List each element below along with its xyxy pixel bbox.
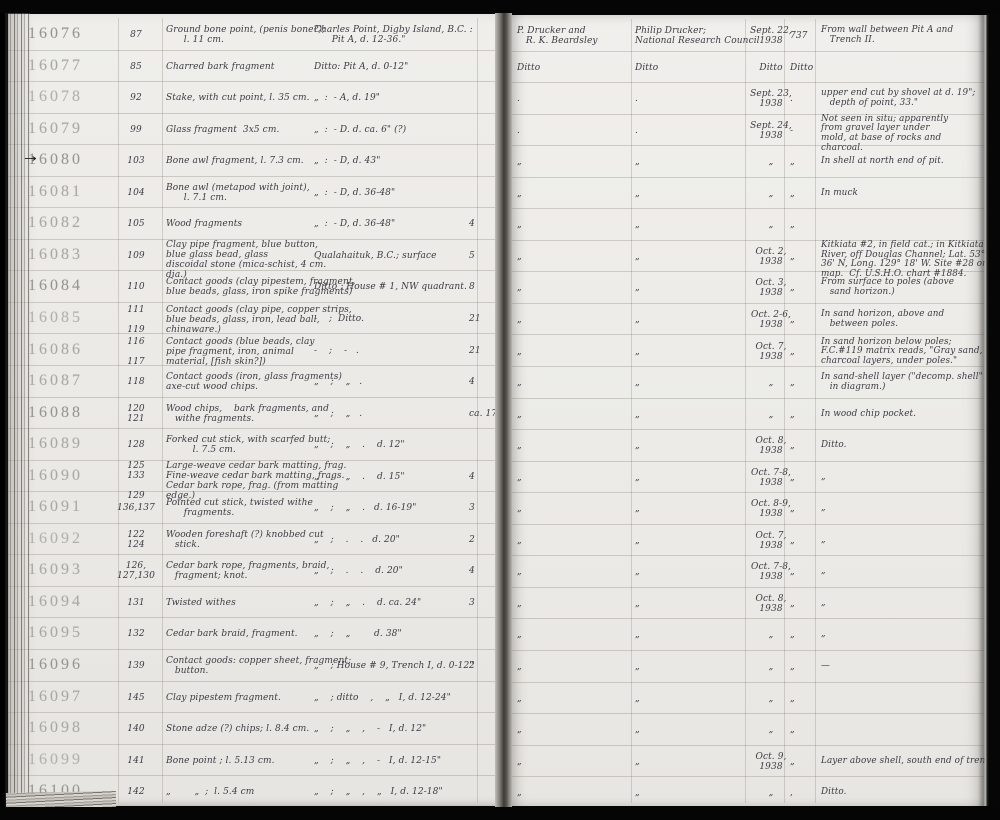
scan-border-top — [0, 0, 1000, 13]
column-rule — [745, 19, 746, 803]
ledger-row-left: 16094 131 Twisted withes „ ; „ . d. ca. … — [8, 586, 497, 619]
date-cell: Oct. 8-9, 1938 — [749, 499, 793, 519]
date-cell: Oct. 7-8, 1938 — [749, 562, 793, 582]
locality-cell: Charles Point, Digby Island, B.C. : Pit … — [314, 25, 486, 45]
date-cell: „ — [749, 189, 793, 199]
ledger-row-left: 16089 128 Forked cut stick, with scarfed… — [8, 428, 497, 461]
date-cell: Oct. 7-8, 1938 — [749, 468, 793, 488]
locality-cell: „ ; . . d. 20" — [314, 535, 486, 545]
catalog-number-stamp: 16092 — [28, 530, 116, 548]
donor-cell: „ — [635, 599, 745, 609]
date-cell: Sept. 24, 1938 — [749, 121, 793, 141]
ledger-row-left: 16079 99 Glass fragment 3x5 cm. „ : - D.… — [8, 113, 497, 146]
quantity-cell: 3 — [469, 503, 497, 513]
remarks-cell: „ — [821, 536, 988, 546]
locality-cell: „ : - D, d. 43" — [314, 156, 486, 166]
ledger-row-right: „ „ Oct. 7-8, 1938 „ „ — [511, 555, 988, 588]
ledger-row-right: „ „ Oct. 8-9, 1938 „ „ — [511, 492, 988, 525]
date-cell: Oct. 8, 1938 — [749, 436, 793, 456]
date-cell: „ — [749, 630, 793, 640]
description-cell: Bone point ; l. 5.13 cm. — [166, 756, 332, 766]
ledger-row-left: 16078 92 Stake, with cut point, l. 35 cm… — [8, 81, 497, 114]
description-cell: Contact goods (iron, glass fragments) ax… — [166, 372, 332, 392]
ledger-row-right: „ „ Oct. 7-8, 1938 „ „ — [511, 461, 988, 494]
donor-cell: „ — [635, 694, 745, 704]
catalog-number-stamp: 16097 — [28, 688, 116, 706]
book-binding — [0, 13, 30, 808]
accession-cell: „ — [790, 599, 816, 609]
description-cell: Twisted withes — [166, 598, 332, 608]
locality-cell: „ : - D, d. 36-48" — [314, 219, 486, 229]
collector-cell: „ — [517, 441, 629, 451]
description-cell: Forked cut stick, with scarfed butt; l. … — [166, 435, 332, 455]
locality-cell: „ : - D, d. 36-48" — [314, 188, 486, 198]
donor-cell: „ — [635, 189, 745, 199]
donor-cell: „ — [635, 757, 745, 767]
accession-cell: „ — [790, 567, 816, 577]
date-cell: Sept. 23, 1938 — [749, 89, 793, 109]
donor-cell: „ — [635, 347, 745, 357]
collector-cell: „ — [517, 189, 629, 199]
accession-cell: 737 — [790, 31, 816, 41]
locality-cell: Ditto: Pit A, d. 0-12" — [314, 62, 486, 72]
catalog-number-stamp: 16084 — [28, 277, 116, 295]
ledger-row-right: „ „ „ „ — [511, 713, 988, 746]
collector-cell: „ — [517, 662, 629, 672]
accession-cell: „ — [790, 725, 816, 735]
catalog-number-stamp: 16094 — [28, 593, 116, 611]
description-cell: Stake, with cut point, l. 35 cm. — [166, 93, 332, 103]
collector-cell: „ — [517, 157, 629, 167]
page-edge-right — [978, 15, 990, 806]
description-cell: Contact goods (clay pipestem, fragment, … — [166, 277, 332, 297]
donor-cell: „ — [635, 315, 745, 325]
description-cell: „ „ ; l. 5.4 cm — [166, 787, 332, 797]
column-rule — [815, 19, 816, 803]
remarks-cell: In muck — [821, 189, 988, 199]
ledger-row-left: 16095 132 Cedar bark braid, fragment. „ … — [8, 617, 497, 650]
remarks-cell: Ditto. — [821, 441, 988, 451]
column-rule — [118, 18, 119, 803]
remarks-cell: „ — [821, 504, 988, 514]
locality-cell: „ ; House # 9, Trench I, d. 0-12" — [314, 661, 486, 671]
accession-cell: „ — [790, 410, 816, 420]
date-cell: „ — [749, 694, 793, 704]
remarks-cell: „ — [821, 473, 988, 483]
collector-cell: „ — [517, 757, 629, 767]
remarks-cell: „ — [821, 630, 988, 640]
donor-cell: Ditto — [635, 63, 745, 73]
catalog-number-stamp: 16093 — [28, 561, 116, 579]
ledger-row-left: 16086 116 117 Contact goods (blue beads,… — [8, 334, 497, 367]
donor-cell: „ — [635, 536, 745, 546]
column-rule — [162, 18, 163, 803]
donor-cell: „ — [635, 725, 745, 735]
ledger-row-right: „ „ „ „ In wood chip pocket. — [511, 398, 988, 431]
locality-cell: „ ; „ . — [314, 377, 486, 387]
catalog-number-stamp: 16096 — [28, 656, 116, 674]
accession-cell: Ditto — [790, 63, 816, 73]
date-cell: Oct. 2-6, 1938 — [749, 310, 793, 330]
description-cell: Wood chips, bark fragments, and withe fr… — [166, 404, 332, 424]
donor-cell: „ — [635, 441, 745, 451]
accession-cell: „ — [790, 694, 816, 704]
quantity-cell: 2 — [469, 661, 497, 671]
ledger-scan: 16076 87 Ground bone point, (penis bone?… — [0, 0, 1000, 820]
catalog-number-stamp: 16089 — [28, 435, 116, 453]
description-cell: Charred bark fragment — [166, 62, 332, 72]
ledger-row-right: „ „ Oct. 2, 1938 „ Kitkiata #2, in field… — [511, 240, 988, 273]
locality-cell: „ ; „ d. 38" — [314, 629, 486, 639]
description-cell: Stone adze (?) chips; l. 8.4 cm. — [166, 724, 332, 734]
column-rule — [631, 19, 632, 803]
donor-cell: „ — [635, 662, 745, 672]
date-cell: „ — [749, 157, 793, 167]
accession-cell: „ — [790, 315, 816, 325]
remarks-cell: „ — [821, 567, 988, 577]
date-cell: „ — [749, 220, 793, 230]
ledger-row-right: „ „ „ „ — — [511, 650, 988, 683]
accession-cell: „ — [790, 189, 816, 199]
catalog-number-stamp: 16088 — [28, 404, 116, 422]
right-page-rows: P. Drucker and R. K. Beardsley Philip Dr… — [511, 15, 988, 806]
collector-cell: . — [517, 126, 629, 136]
collector-cell: „ — [517, 536, 629, 546]
collector-cell: „ — [517, 410, 629, 420]
quantity-cell: 4 — [469, 566, 497, 576]
ledger-row-left: 16091 136,137 Pointed cut stick, twisted… — [8, 491, 497, 524]
collector-cell: „ — [517, 694, 629, 704]
donor-cell: „ — [635, 157, 745, 167]
date-cell: Oct. 9, 1938 — [749, 752, 793, 772]
left-page: 16076 87 Ground bone point, (penis bone?… — [8, 14, 497, 806]
ledger-row-left: 16081 104 Bone awl (metapod with joint),… — [8, 176, 497, 209]
catalog-number-stamp: 16085 — [28, 309, 116, 327]
accession-cell: „ — [790, 662, 816, 672]
locality-cell: „ ; „ . d. ca. 24" — [314, 598, 486, 608]
ledger-row-right: „ „ „ „ In muck — [511, 177, 988, 210]
description-cell: Bone awl (metapod with joint), l. 7.1 cm… — [166, 183, 332, 203]
locality-cell: Qualahaituk, B.C.; surface — [314, 251, 486, 261]
collector-cell: „ — [517, 473, 629, 483]
accession-cell: „ — [790, 378, 816, 388]
remarks-cell: In wood chip pocket. — [821, 410, 988, 420]
catalog-number-stamp: 16076 — [28, 25, 116, 43]
accession-cell: „ — [790, 473, 816, 483]
remarks-cell: In sand horizon, above and between poles… — [821, 310, 988, 330]
locality-cell: „ ; „ , „ I, d. 12-18" — [314, 787, 486, 797]
collector-cell: „ — [517, 725, 629, 735]
locality-cell: „ ; ditto , „ I, d. 12-24" — [314, 693, 486, 703]
ledger-row-left: 16076 87 Ground bone point, (penis bone?… — [8, 18, 497, 51]
donor-cell: „ — [635, 410, 745, 420]
quantity-cell: 3 — [469, 598, 497, 608]
locality-cell: - ; - . — [314, 346, 486, 356]
ledger-row-left: 16099 141 Bone point ; l. 5.13 cm. „ ; „… — [8, 744, 497, 777]
remarks-cell: From surface to poles (above sand horizo… — [821, 278, 988, 298]
ledger-row-right: „ „ Oct. 3, 1938 „ From surface to poles… — [511, 271, 988, 304]
collector-cell: . — [517, 94, 629, 104]
margin-arrow-mark: → — [24, 152, 37, 165]
ledger-row-right: „ „ „ „ „ — [511, 618, 988, 651]
remarks-cell: In sand-shell layer ("decomp. shell" in … — [821, 373, 988, 393]
collector-cell: „ — [517, 315, 629, 325]
accession-cell: , — [790, 788, 816, 798]
ledger-row-right: „ „ „ „ In shell at north end of pit. — [511, 145, 988, 178]
date-cell: „ — [749, 378, 793, 388]
description-cell: Contact goods (clay pipe, copper strips,… — [166, 305, 332, 335]
date-cell: Oct. 7, 1938 — [749, 342, 793, 362]
accession-cell: „ — [790, 441, 816, 451]
locality-cell: Ditto ; House # 1, NW quadrant. — [314, 282, 486, 292]
remarks-cell: — — [821, 662, 988, 672]
ledger-row-left: 16092 122 124 Wooden foreshaft (?) knobb… — [8, 523, 497, 556]
collector-cell: „ — [517, 378, 629, 388]
ledger-row-right: „ „ „ , Ditto. — [511, 776, 988, 806]
catalog-number-stamp: 16099 — [28, 751, 116, 769]
column-rule — [784, 19, 785, 803]
catalog-number-stamp: 16087 — [28, 372, 116, 390]
remarks-cell: „ — [821, 599, 988, 609]
remarks-cell: In sand horizon below poles; F.C.#119 ma… — [821, 338, 988, 367]
donor-cell: „ — [635, 378, 745, 388]
date-cell: Oct. 2, 1938 — [749, 247, 793, 267]
ledger-row-left: 16077 85 Charred bark fragment Ditto: Pi… — [8, 50, 497, 83]
donor-cell: „ — [635, 220, 745, 230]
collector-cell: „ — [517, 252, 629, 262]
column-rule — [477, 18, 478, 803]
quantity-cell: 4 — [469, 472, 497, 482]
ledger-row-right: „ „ Oct. 2-6, 1938 „ In sand horizon, ab… — [511, 303, 988, 336]
date-cell: Oct. 7, 1938 — [749, 531, 793, 551]
catalog-number-stamp: 16091 — [28, 498, 116, 516]
locality-cell: „ ; . . d. 20" — [314, 566, 486, 576]
ledger-row-left: 16083 109 Clay pipe fragment, blue butto… — [8, 239, 497, 272]
donor-cell: . — [635, 94, 745, 104]
description-cell: Clay pipestem fragment. — [166, 693, 332, 703]
catalog-number-stamp: 16086 — [28, 341, 116, 359]
ledger-row-left: 16090 125 133 129 Large-weave cedar bark… — [8, 460, 497, 493]
description-cell: Contact goods: copper sheet, fragment; b… — [166, 656, 332, 676]
donor-cell: „ — [635, 252, 745, 262]
accession-cell: „ — [790, 536, 816, 546]
ledger-row-right: „ „ „ „ — [511, 208, 988, 241]
locality-cell: - ; Ditto. — [314, 314, 486, 324]
catalog-number-stamp: 16083 — [28, 246, 116, 264]
locality-cell: „ ; „ . d. 16-19" — [314, 503, 486, 513]
catalog-number-stamp: 16090 — [28, 467, 116, 485]
date-cell: „ — [749, 788, 793, 798]
collector-cell: „ — [517, 788, 629, 798]
right-page: P. Drucker and R. K. Beardsley Philip Dr… — [511, 15, 988, 806]
scan-border-bottom — [0, 807, 1000, 820]
collector-cell: „ — [517, 220, 629, 230]
description-cell: Ground bone point, (penis bone?); l. 11 … — [166, 25, 332, 45]
date-cell: Ditto — [749, 63, 793, 73]
collector-cell: „ — [517, 283, 629, 293]
collector-cell: „ — [517, 630, 629, 640]
catalog-number-stamp: 16081 — [28, 183, 116, 201]
catalog-number-stamp: 16078 — [28, 88, 116, 106]
ledger-row-right: Ditto Ditto Ditto Ditto — [511, 51, 988, 84]
catalog-number-stamp: 16080 — [28, 151, 116, 169]
accession-cell: „ — [790, 630, 816, 640]
collector-cell: Ditto — [517, 63, 629, 73]
quantity-cell: 8 — [469, 282, 497, 292]
page-gutter — [495, 13, 512, 808]
donor-cell: „ — [635, 567, 745, 577]
accession-cell: „ — [790, 504, 816, 514]
catalog-number-stamp: 16082 — [28, 214, 116, 232]
description-cell: Contact goods (blue beads, clay pipe fra… — [166, 337, 332, 367]
locality-cell: „ ; „ . d. 12" — [314, 440, 486, 450]
ledger-row-right: „ „ „ „ — [511, 682, 988, 715]
description-cell: Glass fragment 3x5 cm. — [166, 125, 332, 135]
collector-cell: „ — [517, 504, 629, 514]
remarks-cell: upper end cut by shovel at d. 19"; depth… — [821, 89, 988, 109]
description-cell: Wood fragments — [166, 219, 332, 229]
quantity-cell: 21 — [469, 346, 497, 356]
description-cell: Cedar bark rope, fragments, braid, fragm… — [166, 561, 332, 581]
ledger-row-right: . . Sept. 24, 1938 - Not seen in situ; a… — [511, 114, 988, 147]
donor-cell: „ — [635, 283, 745, 293]
date-cell: Oct. 8, 1938 — [749, 594, 793, 614]
quantity-cell: 4 — [469, 377, 497, 387]
date-cell: „ — [749, 662, 793, 672]
donor-cell: „ — [635, 788, 745, 798]
left-page-rows: 16076 87 Ground bone point, (penis bone?… — [8, 14, 497, 806]
ledger-row-left: 16087 118 Contact goods (iron, glass fra… — [8, 365, 497, 398]
date-cell: „ — [749, 725, 793, 735]
ledger-row-left: 16093 126, 127,130 Cedar bark rope, frag… — [8, 554, 497, 587]
ledger-row-left: 16084 110 Contact goods (clay pipestem, … — [8, 270, 497, 303]
quantity-cell: 5 — [469, 251, 497, 261]
donor-cell: „ — [635, 630, 745, 640]
locality-cell: „ : - A, d. 19" — [314, 93, 486, 103]
ledger-row-right: . . Sept. 23, 1938 . upper end cut by sh… — [511, 82, 988, 115]
date-cell: Oct. 3, 1938 — [749, 278, 793, 298]
accession-cell: „ — [790, 220, 816, 230]
collector-cell: „ — [517, 347, 629, 357]
collector-cell: „ — [517, 599, 629, 609]
ledger-row-left: 16080 103 Bone awl fragment, l. 7.3 cm. … — [8, 144, 497, 177]
description-cell: Cedar bark braid, fragment. — [166, 629, 332, 639]
donor-cell: . — [635, 126, 745, 136]
remarks-cell: In shell at north end of pit. — [821, 157, 988, 167]
ledger-row-left: 16088 120 121 Wood chips, bark fragments… — [8, 397, 497, 430]
ledger-row-right: „ „ Oct. 8, 1938 „ Ditto. — [511, 429, 988, 462]
donor-cell: „ — [635, 473, 745, 483]
accession-cell: „ — [790, 757, 816, 767]
accession-cell: „ — [790, 157, 816, 167]
catalog-number-stamp: 16098 — [28, 719, 116, 737]
description-cell: Pointed cut stick, twisted withe fragmen… — [166, 498, 332, 518]
ledger-row-left: 16097 145 Clay pipestem fragment. „ ; di… — [8, 681, 497, 714]
accession-cell: . — [790, 94, 816, 104]
ledger-row-left: 16098 140 Stone adze (?) chips; l. 8.4 c… — [8, 712, 497, 745]
remarks-cell: From wall between Pit A and Trench II. — [821, 26, 988, 46]
quantity-cell: 4 — [469, 219, 497, 229]
remarks-cell: Ditto. — [821, 788, 988, 798]
quantity-cell: 21 — [469, 314, 497, 324]
locality-cell: „ ; „ . — [314, 409, 486, 419]
ledger-row-right: P. Drucker and R. K. Beardsley Philip Dr… — [511, 19, 988, 52]
description-cell: Bone awl fragment, l. 7.3 cm. — [166, 156, 332, 166]
quantity-cell: 2 — [469, 535, 497, 545]
collector-cell: P. Drucker and R. K. Beardsley — [517, 26, 629, 46]
accession-cell: „ — [790, 283, 816, 293]
catalog-number-stamp: 16079 — [28, 120, 116, 138]
catalog-number-stamp: 16077 — [28, 57, 116, 75]
collector-cell: „ — [517, 567, 629, 577]
accession-cell: „ — [790, 347, 816, 357]
ledger-row-right: „ „ Oct. 9, 1938 „ Layer above shell, so… — [511, 745, 988, 778]
ledger-row-right: „ „ „ „ In sand-shell layer ("decomp. sh… — [511, 366, 988, 399]
locality-cell: „ ; „ , - I, d. 12" — [314, 724, 486, 734]
date-cell: Sept. 22, 1938 — [749, 26, 793, 46]
locality-cell: „ ; „ , - I, d. 12-15" — [314, 756, 486, 766]
donor-cell: „ — [635, 504, 745, 514]
locality-cell: „ ; „ . d. 15" — [314, 472, 486, 482]
ledger-row-left: 16082 105 Wood fragments „ : - D, d. 36-… — [8, 207, 497, 240]
remarks-cell: Layer above shell, south end of trench. — [821, 757, 988, 767]
ledger-row-left: 16096 139 Contact goods: copper sheet, f… — [8, 649, 497, 682]
donor-cell: Philip Drucker; National Research Counci… — [635, 26, 745, 46]
ledger-row-left: 16085 111 119 Contact goods (clay pipe, … — [8, 302, 497, 335]
description-cell: Wooden foreshaft (?) knobbed cut stick. — [166, 530, 332, 550]
ledger-row-right: „ „ Oct. 7, 1938 „ In sand horizon below… — [511, 335, 988, 368]
quantity-cell: ca. 17 — [469, 409, 497, 419]
ledger-row-right: „ „ Oct. 7, 1938 „ „ — [511, 524, 988, 557]
date-cell: „ — [749, 410, 793, 420]
ledger-row-right: „ „ Oct. 8, 1938 „ „ — [511, 587, 988, 620]
accession-cell: „ — [790, 252, 816, 262]
locality-cell: „ : - D. d. ca. 6" (?) — [314, 125, 486, 135]
accession-cell: - — [790, 126, 816, 136]
catalog-number-stamp: 16095 — [28, 624, 116, 642]
